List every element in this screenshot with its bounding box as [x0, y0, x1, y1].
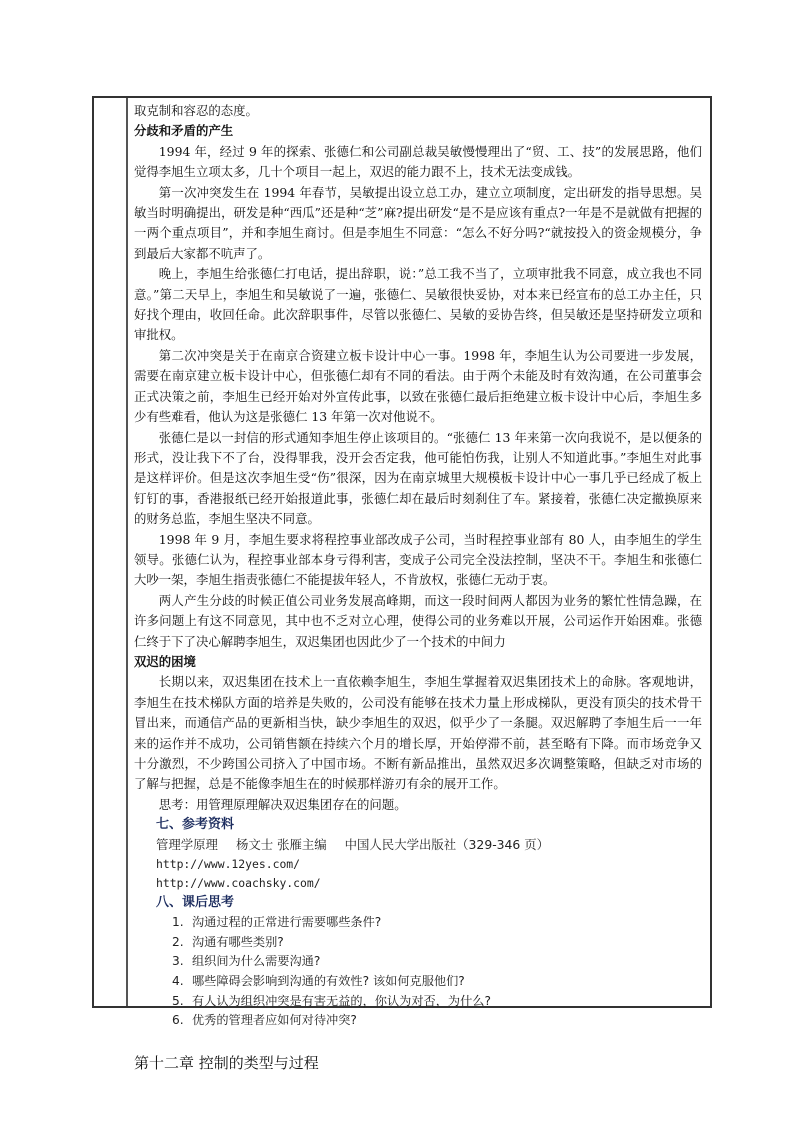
- table-left-column: [94, 98, 128, 1006]
- book-publisher: 中国人民大学出版社（329-346 页）: [345, 837, 549, 852]
- paragraph: 晚上，李旭生给张德仁打电话，提出辞职，说：”总工我不当了，立项审批我不同意，成立…: [134, 264, 702, 346]
- chapter-title: 第十二章 控制的类型与过程: [134, 1053, 702, 1073]
- subheading-divergence: 分歧和矛盾的产生: [134, 121, 702, 141]
- question-item: 3.组织间为什么需要沟通?: [172, 952, 702, 972]
- subheading-predicament: 双迟的困境: [134, 652, 702, 672]
- reference-book: 管理学原理杨文士 张雁主编中国人民大学出版社（329-346 页）: [156, 835, 702, 855]
- question-item: 5.有人认为组织冲突是有害无益的，你认为对否，为什么?: [172, 992, 702, 1012]
- thinking-prompt: 思考：用管理原理解决双迟集团存在的问题。: [134, 795, 702, 815]
- question-list: 1.沟通过程的正常进行需要哪些条件? 2.沟通有哪些类别? 3.组织间为什么需要…: [172, 913, 702, 1031]
- paragraph: 两人产生分歧的时候正值公司业务发展高峰期，而这一段时间两人都因为业务的繁忙性情急…: [134, 591, 702, 652]
- paragraph: 第一次冲突发生在 1994 年春节，吴敏提出设立总工办，建立立项制度，定出研发的…: [134, 183, 702, 265]
- paragraph: 1994 年，经过 9 年的探索、张德仁和公司副总裁吴敏慢慢理出了“贸、工、技”…: [134, 142, 702, 183]
- paragraph: 张德仁是以一封信的形式通知李旭生停止该项目的。“张德仁 13 年来第一次向我说不…: [134, 428, 702, 530]
- reference-url[interactable]: http://www.coachsky.com/: [156, 874, 702, 893]
- paragraph: 1998 年 9 月，李旭生要求将程控事业部改成子公司，当时程控事业部有 80 …: [134, 530, 702, 591]
- section-title-references: 七、参考资料: [156, 815, 702, 835]
- continuation-text: 取克制和容忍的态度。: [134, 101, 702, 121]
- reference-url[interactable]: http://www.12yes.com/: [156, 855, 702, 874]
- paragraph: 第二次冲突是关于在南京合资建立板卡设计中心一事。1998 年，李旭生认为公司要进…: [134, 346, 702, 428]
- book-editors: 杨文士 张雁主编: [236, 837, 327, 852]
- paragraph: 长期以来，双迟集团在技术上一直依赖李旭生，李旭生掌握着双迟集团技术上的命脉。客观…: [134, 672, 702, 794]
- document-table: 取克制和容忍的态度。 分歧和矛盾的产生 1994 年，经过 9 年的探索、张德仁…: [92, 96, 712, 1008]
- section-title-questions: 八、课后思考: [156, 893, 702, 913]
- book-name: 管理学原理: [156, 837, 218, 852]
- question-item: 2.沟通有哪些类别?: [172, 933, 702, 953]
- question-item: 6.优秀的管理者应如何对待冲突?: [172, 1011, 702, 1031]
- question-item: 4.哪些障碍会影响到沟通的有效性? 该如何克服他们?: [172, 972, 702, 992]
- question-item: 1.沟通过程的正常进行需要哪些条件?: [172, 913, 702, 933]
- table-content-cell: 取克制和容忍的态度。 分歧和矛盾的产生 1994 年，经过 9 年的探索、张德仁…: [134, 101, 702, 1073]
